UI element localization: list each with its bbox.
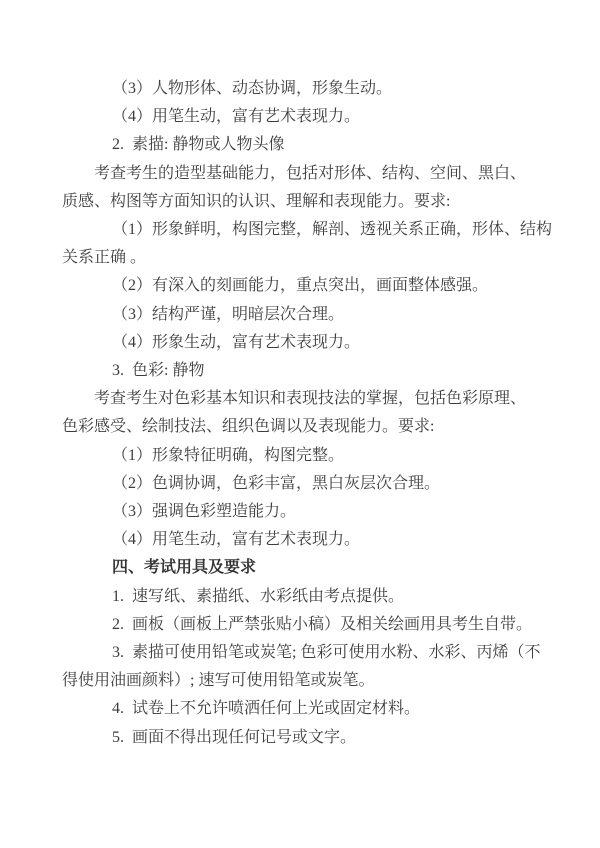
document-line: （3）强调色彩塑造能力。 bbox=[112, 498, 600, 526]
document-line: （3）结构严谨，明暗层次合理。 bbox=[112, 301, 600, 329]
document-line: 3. 色彩: 静物 bbox=[112, 357, 600, 385]
document-line: 考查考生对色彩基本知识和表现技法的掌握，包括色彩原理、 bbox=[94, 385, 600, 413]
document-line: 质感、构图等方面知识的认识、理解和表现能力。要求: bbox=[62, 188, 600, 216]
document-line: （1）形象鲜明，构图完整，解剖、透视关系正确，形体、结构 bbox=[112, 216, 600, 244]
document-line: 色彩感受、绘制技法、组织色调以及表现能力。要求: bbox=[62, 413, 600, 441]
document-line: （4）用笔生动，富有艺术表现力。 bbox=[112, 103, 600, 131]
document-line: （1）形象特征明确，构图完整。 bbox=[112, 442, 600, 470]
document-line: （4）形象生动，富有艺术表现力。 bbox=[112, 329, 600, 357]
document-line: （3）人物形体、动态协调，形象生动。 bbox=[112, 75, 600, 103]
document-line: 关系正确 。 bbox=[62, 244, 600, 272]
document-line: （2）有深入的刻画能力，重点突出，画面整体感强。 bbox=[112, 272, 600, 300]
document-line: 2. 素描: 静物或人物头像 bbox=[112, 131, 600, 159]
document-line: 得使用油画颜料）; 速写可使用铅笔或炭笔。 bbox=[62, 667, 600, 695]
document-line: 考查考生的造型基础能力，包括对形体、结构、空间、黑白、 bbox=[94, 160, 600, 188]
document-line: 4. 试卷上不允许喷洒任何上光或固定材料。 bbox=[112, 695, 600, 723]
document-line: 2. 画板（画板上严禁张贴小稿）及相关绘画用具考生自带。 bbox=[112, 611, 600, 639]
document-page: （3）人物形体、动态协调，形象生动。（4）用笔生动，富有艺术表现力。2. 素描:… bbox=[0, 0, 600, 848]
document-line: （4）用笔生动，富有艺术表现力。 bbox=[112, 526, 600, 554]
document-line: 1. 速写纸、素描纸、水彩纸由考点提供。 bbox=[112, 583, 600, 611]
document-line: （2）色调协调，色彩丰富，黑白灰层次合理。 bbox=[112, 470, 600, 498]
document-line: 5. 画面不得出现任何记号或文字。 bbox=[112, 724, 600, 752]
document-text-block: （3）人物形体、动态协调，形象生动。（4）用笔生动，富有艺术表现力。2. 素描:… bbox=[62, 75, 600, 752]
document-line: 3. 素描可使用铅笔或炭笔; 色彩可使用水粉、水彩、丙烯（不 bbox=[112, 639, 600, 667]
section-heading: 四、考试用具及要求 bbox=[112, 554, 600, 582]
